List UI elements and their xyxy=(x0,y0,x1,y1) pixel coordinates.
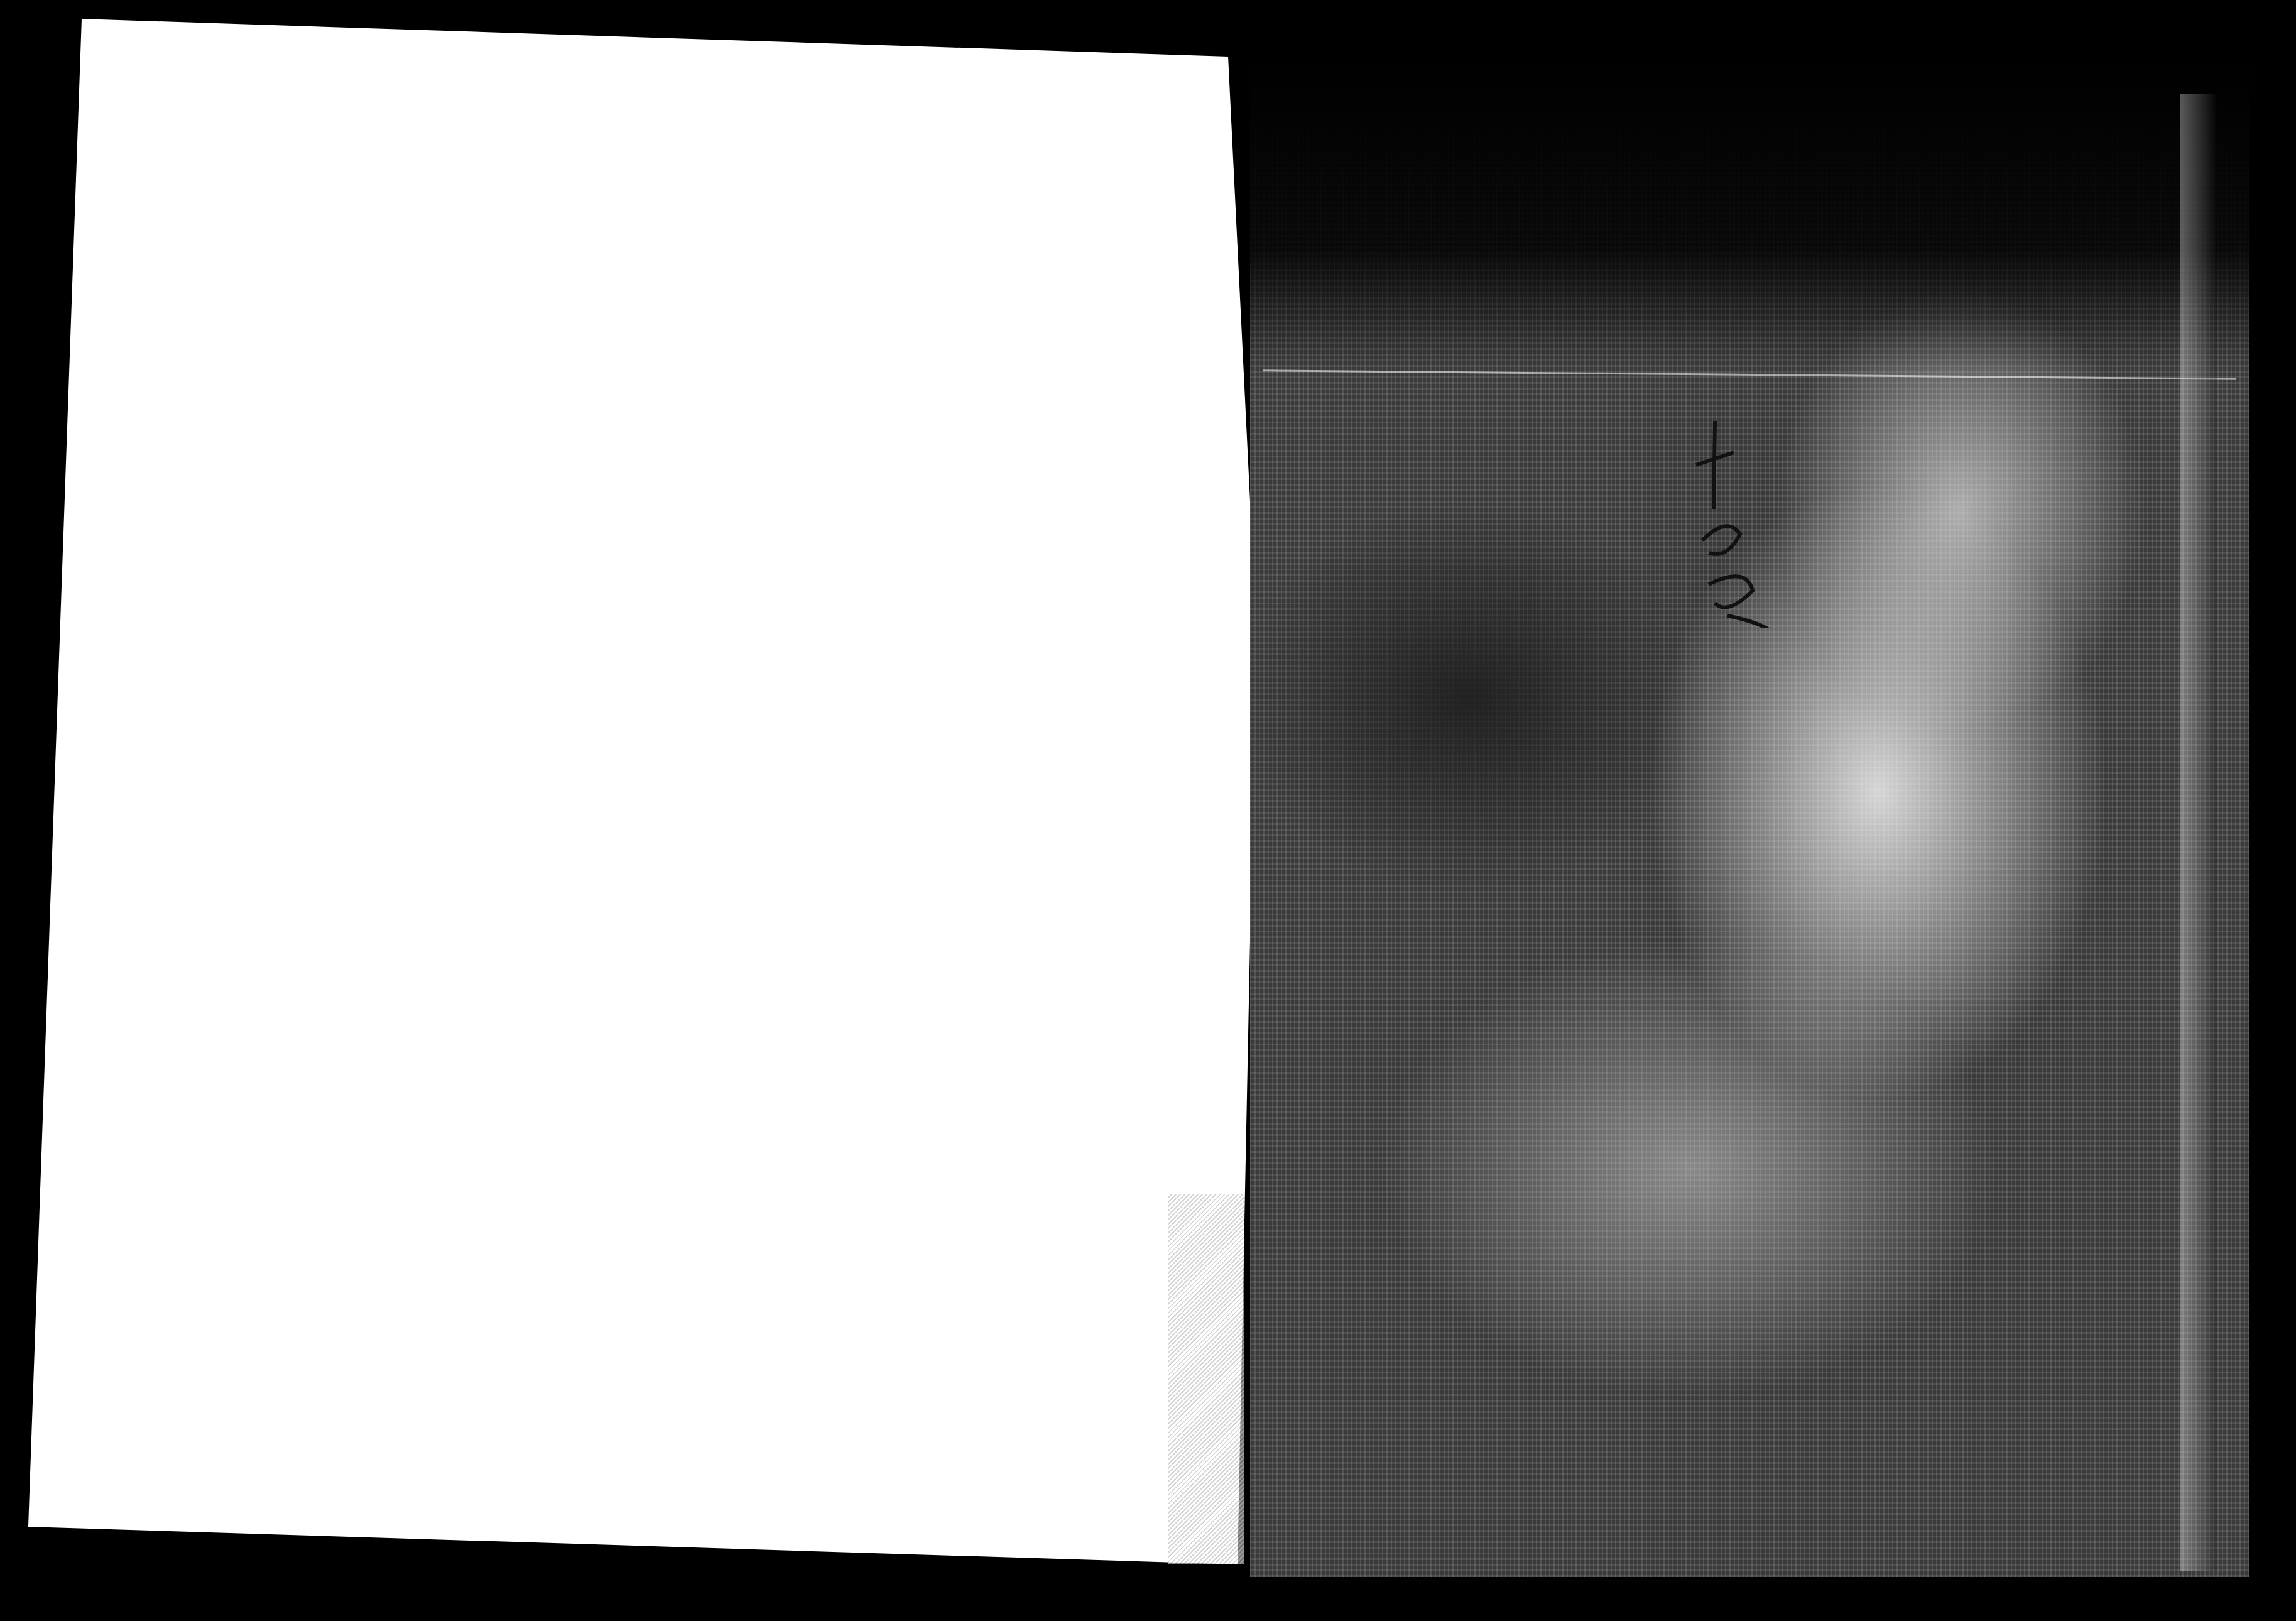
illegible-handwriting-mark xyxy=(1690,415,1790,628)
right-page-dark-band xyxy=(1250,69,2249,371)
page-edge-shadow xyxy=(1168,1194,1244,1564)
right-edge-strip xyxy=(2180,94,2217,1571)
